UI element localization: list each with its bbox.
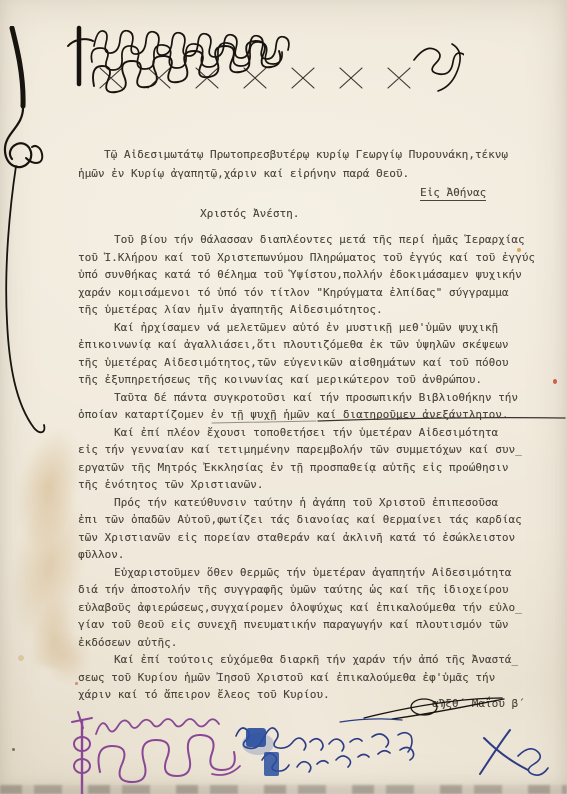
text-line: εἰς τήν γενναίαν καί τετιμημένην παρεμβο…	[78, 441, 560, 459]
paragraph: Καί ἠρχίσαμεν νά μελετῶμεν αὐτό ἐν μυστι…	[78, 319, 560, 389]
orange-speck	[517, 248, 521, 252]
text-line: χαράν κομισάμενοι τό ὑπό τόν τίτλον "Κηρ…	[78, 284, 560, 302]
yellow-speck	[18, 655, 24, 661]
text-line: Πρός τήν κατεύθυνσιν ταύτην ἡ ἀγάπη τοῦ …	[78, 494, 560, 512]
paragraph: Καί ἐπί πλέον ἔχουσι τοποθετήσει τήν ὑμε…	[78, 424, 560, 494]
text-line: Τῷ Αἰδεσιμωτάτῳ Πρωτοπρεσβυτέρῳ κυρίῳ Γε…	[78, 145, 556, 164]
text-line: τῆς ἐξυπηρετήσεως τῆς κοινωνίας καί μερι…	[78, 371, 560, 389]
place-line: Εἰς Ἀθήνας	[420, 186, 486, 201]
greeting-line: Χριστός Ἀνέστη.	[200, 207, 299, 220]
text-line: εὐλαβοῦς ἀφιερώσεως,συγχαίρομεν ὁλοψύχως…	[78, 599, 560, 617]
paragraph: Τοῦ βίου τήν θάλασσαν διαπλέοντες μετά τ…	[78, 231, 560, 319]
text-line: εργατῶν τῆς Μητρός Ἐκκλησίας ἐν τῇ προσπ…	[78, 459, 560, 477]
red-speck-small	[75, 682, 78, 685]
text-line: Ταῦτα δέ πάντα συγκροτοῦσι καί τήν προσω…	[78, 389, 560, 407]
text-line: διά τήν ἀποστολήν τῆς συγγραφῆς ὑμῶν ταύ…	[78, 581, 560, 599]
text-line: τῆς ὑμετέρας λίαν ἡμῖν ἀγαπητῆς Αἰδεσιμό…	[78, 301, 560, 319]
text-line: τῆς ἑνότητος τῶν Χριστιανῶν.	[78, 476, 560, 494]
text-line: γίαν τοῦ Θεοῦ εἰς συνεχῆ πνευματικήν παρ…	[78, 616, 560, 634]
text-line: σεως τοῦ Κυρίου ἡμῶν Ἰησοῦ Χριστοῦ καί ἐ…	[78, 669, 560, 687]
text-line: ἐπικοινωνίᾳ καί ἀγαλλιάσει,ὅτι πλουτιζόμ…	[78, 336, 560, 354]
letter-body: Τοῦ βίου τήν θάλασσαν διαπλέοντες μετά τ…	[78, 231, 560, 704]
monocondyle-heading-calligraphy	[58, 16, 464, 96]
text-line: ὑπό συνθήκας κατά τό θέλημα τοῦ Ὑψίστου,…	[78, 266, 560, 284]
pen-underline-annotation	[0, 414, 567, 426]
text-line: φῦλλον.	[78, 546, 560, 564]
salutation: Τῷ Αἰδεσιμωτάτῳ Πρωτοπρεσβυτέρῳ κυρίῳ Γε…	[78, 145, 556, 183]
red-speck	[553, 379, 557, 384]
text-line: ἐκδόσεων αὐτῆς.	[78, 634, 560, 652]
scan-edge-shadow	[0, 785, 567, 794]
text-line: τῆς ὑμετέρας Αἰδεσιμότητος,τῶν εὐγενικῶν…	[78, 354, 560, 372]
ink-dot	[12, 748, 15, 751]
text-line: ἐπι τῶν ὀπαδῶν Αὐτοῦ,φωτίζει τάς διανοία…	[78, 511, 560, 529]
text-line: Εὐχαριστοῦμεν ὅθεν θερμῶς τήν ὑμετέραν ἀ…	[78, 564, 560, 582]
purple-monogram-signature	[36, 708, 246, 794]
text-line: Καί ἐπί τούτοις εὐχόμεθα διαρκῆ τήν χαρά…	[78, 651, 560, 669]
text-line: τῶν Χριστιανῶν εἰς πορείαν σταθεράν καί …	[78, 529, 560, 547]
left-margin-pen-flourish	[0, 26, 60, 440]
text-line: ἡμῶν ἐν Κυρίῳ ἀγαπητῷ,χάριν καί εἰρήνην …	[78, 164, 556, 183]
text-line: Καί ἠρχίσαμεν νά μελετῶμεν αὐτό ἐν μυστι…	[78, 319, 560, 337]
text-line: Τοῦ βίου τήν θάλασσαν διαπλέοντες μετά τ…	[78, 231, 560, 249]
text-line: τοῦ Ἱ.Κλήρου καί τοῦ Χριστεπωνύμου Πληρώ…	[78, 249, 560, 267]
paragraph: Εὐχαριστοῦμεν ὅθεν θερμῶς τήν ὑμετέραν ἀ…	[78, 564, 560, 652]
scanned-letter-page: Τῷ Αἰδεσιμωτάτῳ Πρωτοπρεσβυτέρῳ κυρίῳ Γε…	[0, 0, 567, 794]
blue-handwritten-dedication	[222, 712, 562, 780]
text-line: Καί ἐπί πλέον ἔχουσι τοποθετήσει τήν ὑμε…	[78, 424, 560, 442]
paragraph: Πρός τήν κατεύθυνσιν ταύτην ἡ ἀγάπη τοῦ …	[78, 494, 560, 564]
